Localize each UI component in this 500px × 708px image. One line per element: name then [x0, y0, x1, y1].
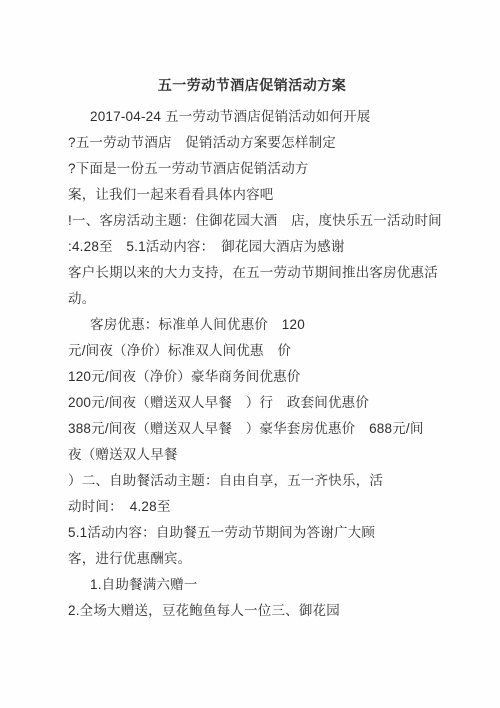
text-line: ?下面是一份五一劳动节酒店促销活动方	[68, 156, 436, 182]
text-line: 动。	[68, 286, 436, 312]
text-line: 200元/间夜（赠送双人早餐 ）行 政套间优惠价	[68, 390, 436, 416]
document-page: 五一劳动节酒店促销活动方案 2017-04-24 五一劳动节酒店促销活动如何开展…	[0, 0, 500, 708]
text-line: 2.全场大赠送，豆花鲍鱼每人一位三、御花园	[68, 598, 436, 624]
text-line: !一、客房活动主题：住御花园大酒 店，度快乐五一活动时间	[68, 208, 436, 234]
text-line: 388元/间夜（赠送双人早餐 ）豪华套房优惠价 688元/间	[68, 416, 436, 442]
text-line: 夜（赠送双人早餐	[68, 442, 436, 468]
text-line: :4.28至 5.1活动内容： 御花园大酒店为感谢	[68, 234, 436, 260]
document-title: 五一劳动节酒店促销活动方案	[68, 72, 436, 98]
text-line: ?五一劳动节酒店 促销活动方案要怎样制定	[68, 130, 436, 156]
text-line: 元/间夜（净价）标准双人间优惠 价	[68, 338, 436, 364]
text-line: 客户长期以来的大力支持，在五一劳动节期间推出客房优惠活	[68, 260, 436, 286]
text-line: 120元/间夜（净价）豪华商务间优惠价	[68, 364, 436, 390]
text-line: 5.1活动内容：自助餐五一劳动节期间为答谢广大顾	[68, 520, 436, 546]
text-line: 客，进行优惠酬宾。	[68, 546, 436, 572]
text-line: 案，让我们一起来看看具体内容吧	[68, 182, 436, 208]
text-line: ）二、自助餐活动主题：自由自享，五一齐快乐，活	[68, 468, 436, 494]
text-line: 客房优惠：标准单人间优惠价 120	[68, 312, 436, 338]
text-line: 动时间： 4.28至	[68, 494, 436, 520]
date-line: 2017-04-24 五一劳动节酒店促销活动如何开展	[68, 104, 436, 130]
text-line: 1.自助餐满六赠一	[68, 572, 436, 598]
